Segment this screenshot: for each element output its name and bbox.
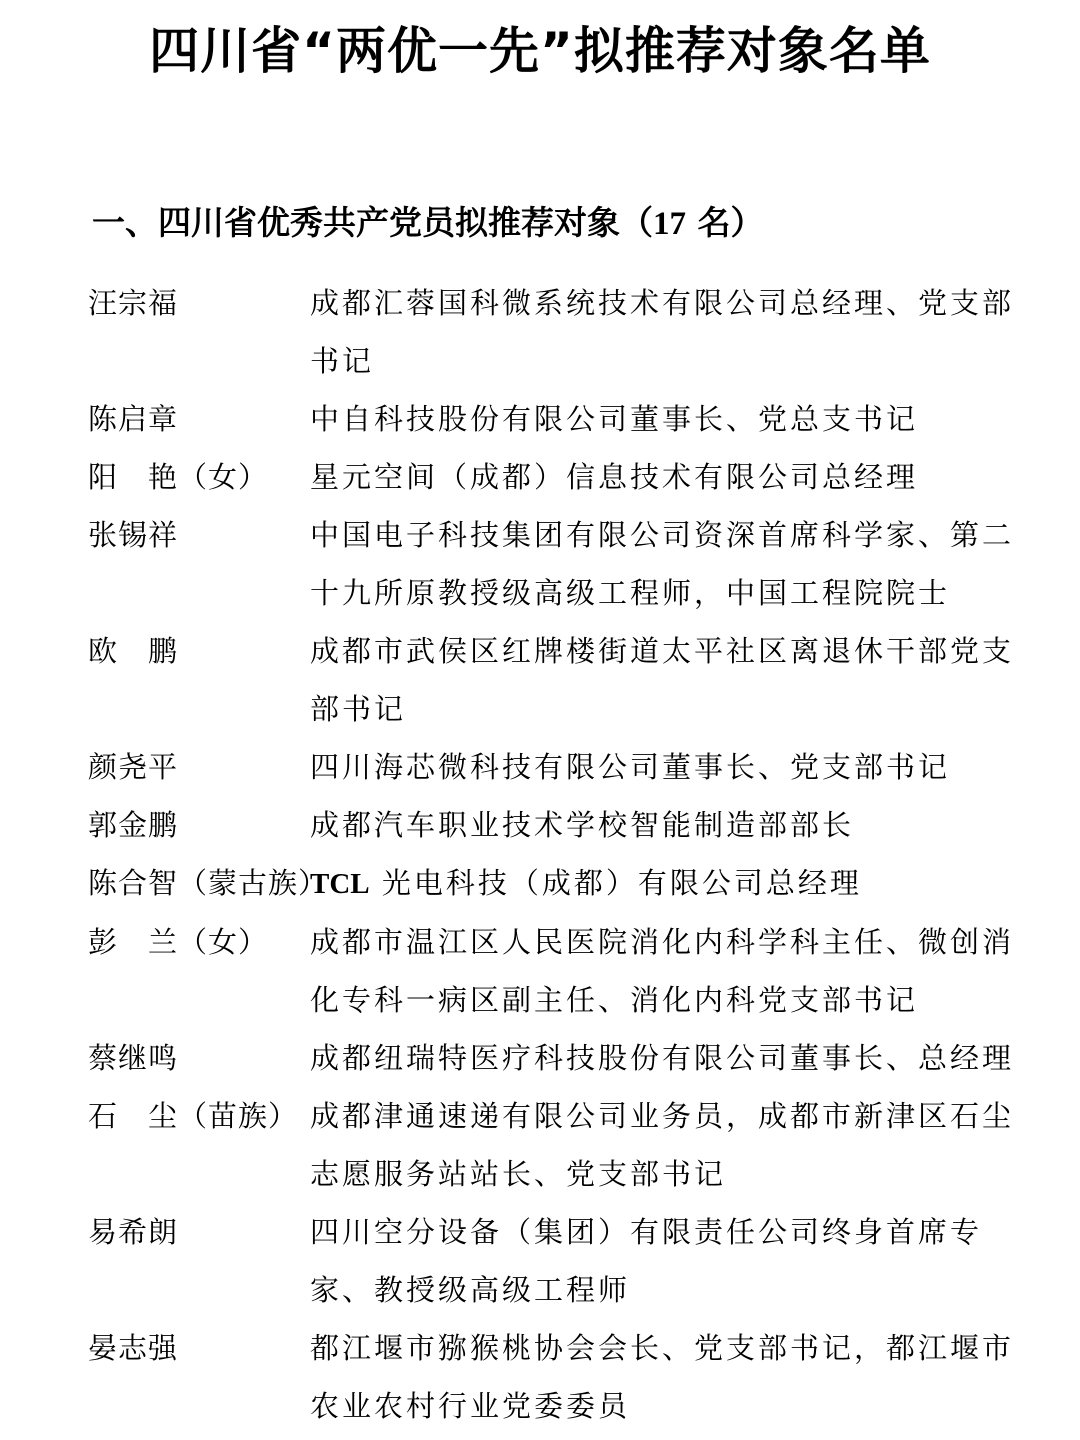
nominee-description: 都江堰市猕猴桃协会会长、党支部书记，都江堰市农业农村行业党委委员 (310, 1319, 1016, 1435)
list-item: 蔡继鸣 成都纽瑞特医疗科技股份有限公司董事长、总经理 (88, 1029, 1028, 1087)
nominee-description: 成都汇蓉国科微系统技术有限公司总经理、党支部书记 (310, 274, 1016, 390)
nominee-name: 蔡继鸣 (88, 1029, 310, 1087)
nominee-description: 成都市武侯区红牌楼街道太平社区离退休干部党支部书记 (310, 622, 1016, 738)
nominee-name: 石 尘（苗族） (88, 1087, 310, 1145)
list-item: 颜尧平 四川海芯微科技有限公司董事长、党支部书记 (88, 738, 1028, 796)
nominee-name: 晏志强 (88, 1319, 310, 1377)
nominee-description: 星元空间（成都）信息技术有限公司总经理 (310, 448, 1016, 506)
section-heading-prefix: 一、四川省优秀共产党员拟推荐对象（ (92, 203, 653, 242)
nominee-description-text: 光电科技（成都）有限公司总经理 (370, 866, 862, 900)
section-heading-count: 17 (653, 206, 686, 242)
nominee-description: 成都汽车职业技术学校智能制造部部长 (310, 796, 1016, 854)
nominee-name: 汪宗福 (88, 274, 310, 332)
nominee-description: 成都纽瑞特医疗科技股份有限公司董事长、总经理 (310, 1029, 1016, 1087)
company-brand: TCL (310, 868, 370, 900)
nominee-description: 成都市温江区人民医院消化内科学科主任、微创消化专科一病区副主任、消化内科党支部书… (310, 913, 1016, 1029)
nominee-name: 彭 兰（女） (88, 913, 310, 971)
nominee-name: 颜尧平 (88, 738, 310, 796)
nominee-description: 四川海芯微科技有限公司董事长、党支部书记 (310, 738, 1016, 796)
list-item: 张锡祥 中国电子科技集团有限公司资深首席科学家、第二十九所原教授级高级工程师，中… (88, 506, 1028, 622)
list-item: 晏志强 都江堰市猕猴桃协会会长、党支部书记，都江堰市农业农村行业党委委员 (88, 1319, 1028, 1435)
nominee-name: 陈合智（蒙古族） (88, 854, 310, 912)
page-title: 四川省“两优一先”拟推荐对象名单 (0, 18, 1080, 84)
nominee-name: 阳 艳（女） (88, 448, 310, 506)
nominee-name: 郭金鹏 (88, 796, 310, 854)
nominee-name: 欧 鹏 (88, 622, 310, 680)
nominee-name: 陈启章 (88, 390, 310, 448)
list-item: 郭金鹏 成都汽车职业技术学校智能制造部部长 (88, 796, 1028, 854)
nominee-name: 张锡祥 (88, 506, 310, 564)
list-item: 石 尘（苗族） 成都津通速递有限公司业务员，成都市新津区石尘志愿服务站站长、党支… (88, 1087, 1028, 1203)
nominee-description: 四川空分设备（集团）有限责任公司终身首席专家、教授级高级工程师 (310, 1203, 1016, 1319)
nominee-description: 中国电子科技集团有限公司资深首席科学家、第二十九所原教授级高级工程师，中国工程院… (310, 506, 1016, 622)
nominee-list: 汪宗福 成都汇蓉国科微系统技术有限公司总经理、党支部书记 陈启章 中自科技股份有… (88, 274, 1028, 1435)
section-heading: 一、四川省优秀共产党员拟推荐对象（17 名） (92, 198, 764, 249)
section-heading-suffix: 名） (686, 203, 764, 242)
nominee-description: 中自科技股份有限公司董事长、党总支书记 (310, 390, 1016, 448)
list-item: 汪宗福 成都汇蓉国科微系统技术有限公司总经理、党支部书记 (88, 274, 1028, 390)
list-item: 陈启章 中自科技股份有限公司董事长、党总支书记 (88, 390, 1028, 448)
list-item: 陈合智（蒙古族） TCL 光电科技（成都）有限公司总经理 (88, 854, 1028, 913)
list-item: 欧 鹏 成都市武侯区红牌楼街道太平社区离退休干部党支部书记 (88, 622, 1028, 738)
nominee-description: TCL 光电科技（成都）有限公司总经理 (310, 854, 1016, 913)
list-item: 易希朗 四川空分设备（集团）有限责任公司终身首席专家、教授级高级工程师 (88, 1203, 1028, 1319)
nominee-name: 易希朗 (88, 1203, 310, 1261)
nominee-description: 成都津通速递有限公司业务员，成都市新津区石尘志愿服务站站长、党支部书记 (310, 1087, 1016, 1203)
list-item: 彭 兰（女） 成都市温江区人民医院消化内科学科主任、微创消化专科一病区副主任、消… (88, 913, 1028, 1029)
list-item: 阳 艳（女） 星元空间（成都）信息技术有限公司总经理 (88, 448, 1028, 506)
